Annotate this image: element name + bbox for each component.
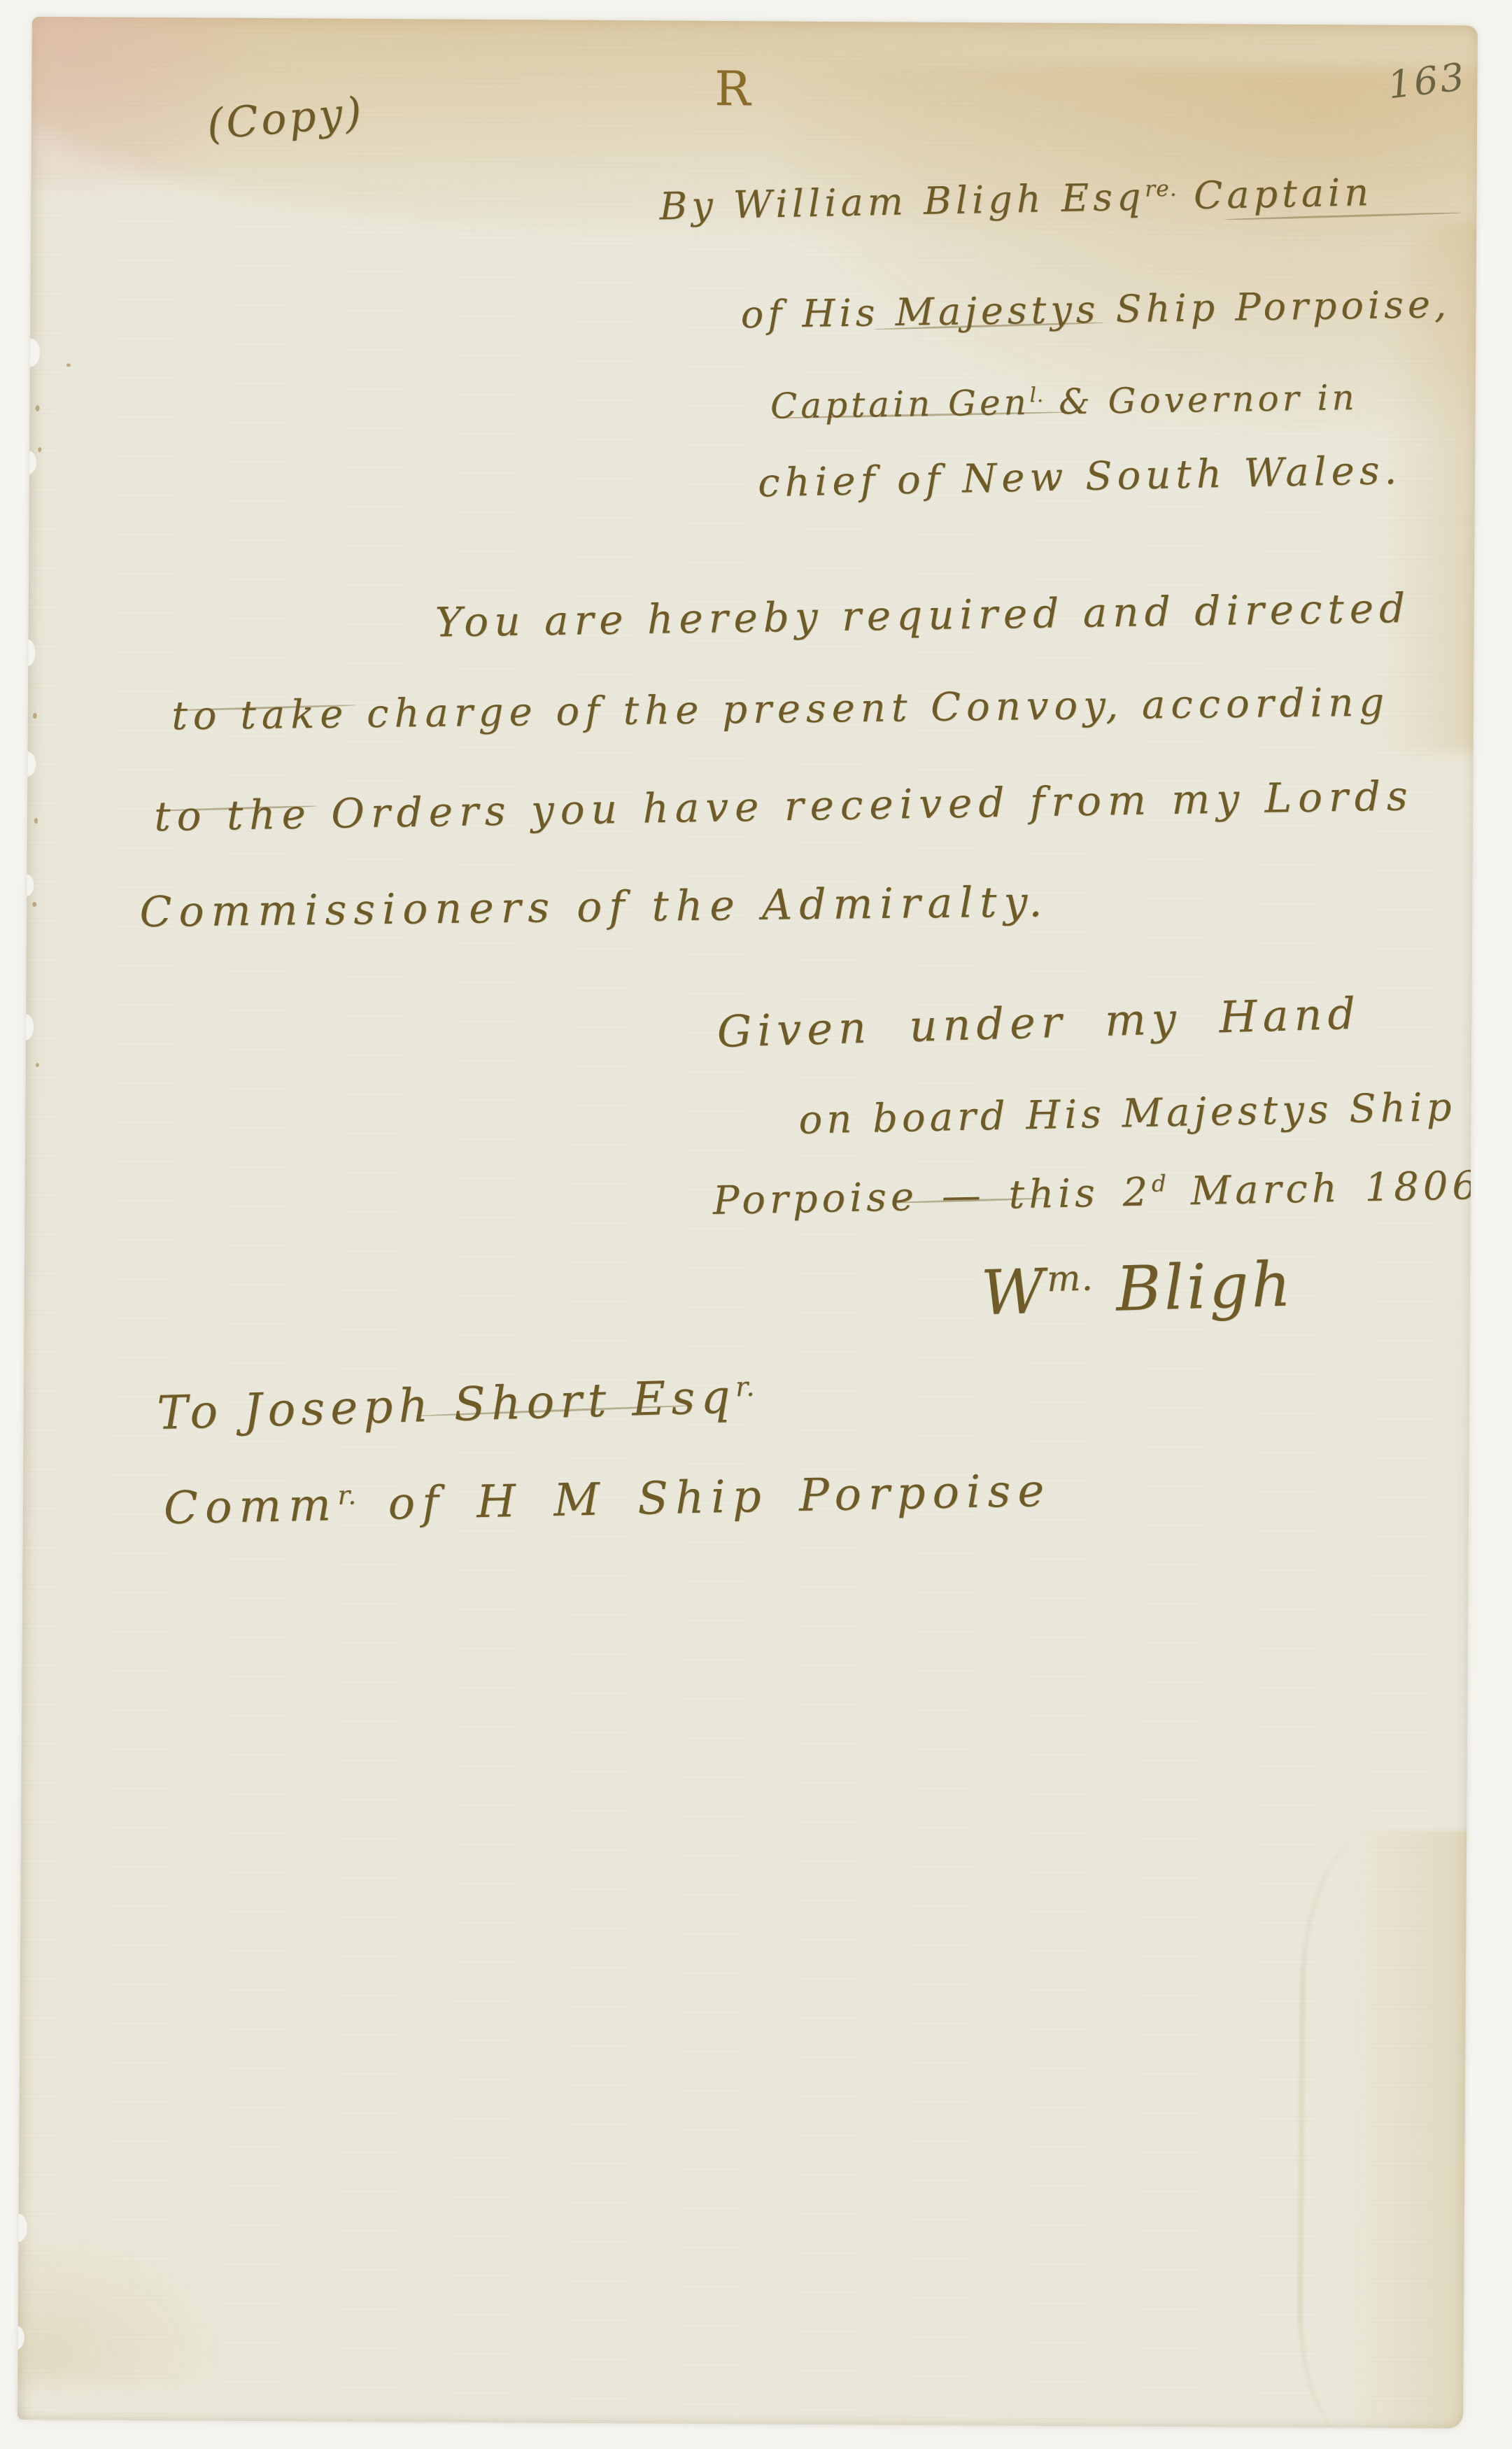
heading-line-1: By William Bligh Esqre. Captain	[659, 170, 1373, 228]
address-line-2-text-cont: of H M Ship Porpoise	[357, 1465, 1052, 1531]
heading-line-3-text: Captain Gen	[770, 382, 1031, 426]
deckle-chip	[20, 640, 35, 666]
address-line-1: To Joseph Short Esqr.	[156, 1369, 756, 1441]
bottom-right-water-stain	[1299, 1830, 1472, 2428]
dateline-line-3-text-cont: March 1806	[1166, 1163, 1478, 1215]
body-line-3: to the Orders you have received from my …	[154, 772, 1414, 840]
dateline-line-2: on board His Majestys Ship	[798, 1085, 1456, 1143]
signature-superscript: m.	[1046, 1257, 1094, 1300]
signature: Wm. Bligh	[980, 1248, 1295, 1329]
bottom-left-stain	[17, 2231, 232, 2386]
address-line-1-superscript: r.	[735, 1371, 756, 1404]
deckle-chip	[18, 874, 34, 896]
body-line-2: to take charge of the present Convoy, ac…	[171, 679, 1390, 739]
manuscript-page: (Copy) R 163 By William Bligh Esqre. Cap…	[17, 17, 1478, 2429]
address-line-2-text: Comm	[163, 1479, 338, 1534]
heading-line-1-text-cont: Captain	[1177, 170, 1373, 218]
paper-speck	[32, 902, 36, 907]
deckle-chip	[17, 2326, 24, 2350]
heading-line-4: chief of New South Wales.	[757, 448, 1401, 506]
signature-text: W	[980, 1255, 1048, 1329]
top-right-stain	[782, 64, 1478, 432]
paper-speck	[36, 405, 40, 411]
deckle-chip	[20, 451, 36, 474]
body-line-4: Commissioners of the Admiralty.	[139, 877, 1050, 937]
heading-line-3: Captain Genl. & Governor in	[770, 377, 1358, 426]
body-line-1: You are hereby required and directed	[435, 584, 1411, 647]
deckle-chip	[22, 339, 40, 367]
paper-speck	[33, 713, 37, 719]
address-line-1-text: To Joseph Short Esq	[156, 1369, 736, 1440]
copy-note: (Copy)	[205, 88, 366, 150]
dateline-line-3: Porpoise — this 2d March 1806	[712, 1163, 1478, 1224]
address-line-2: Commr. of H M Ship Porpoise	[163, 1465, 1052, 1534]
folio-number: 163	[1385, 55, 1469, 108]
heading-line-1-text: By William Bligh Esq	[659, 175, 1145, 229]
heading-line-3-text-cont: & Governor in	[1044, 377, 1358, 423]
press-mark: R	[714, 62, 751, 117]
paper-speck	[34, 818, 38, 824]
paper-speck	[36, 1063, 39, 1067]
deckle-chip	[17, 2214, 27, 2242]
deckle-chip	[17, 751, 36, 777]
heading-line-1-superscript: re.	[1145, 176, 1178, 202]
dateline-line-3-superscript: d	[1152, 1170, 1168, 1197]
dateline-line-3-text: Porpoise — this 2	[712, 1169, 1152, 1224]
scan-background: (Copy) R 163 By William Bligh Esqre. Cap…	[0, 0, 1512, 2449]
signature-text-cont: Bligh	[1093, 1248, 1295, 1325]
address-line-2-superscript: r.	[337, 1480, 357, 1511]
deckle-chip	[17, 1014, 34, 1040]
dateline-line-1: Given under my Hand	[716, 988, 1362, 1057]
paper-speck	[38, 447, 41, 452]
heading-line-2: of His Majestys Ship Porpoise,	[740, 282, 1450, 337]
paper-speck	[66, 363, 71, 367]
heading-line-3-superscript: l.	[1029, 383, 1044, 407]
